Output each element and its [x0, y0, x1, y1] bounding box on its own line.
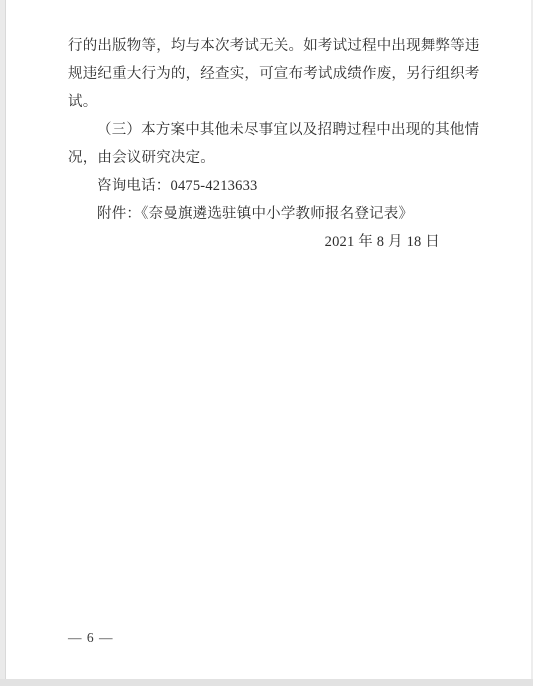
scan-edge-bottom [0, 679, 533, 686]
page-number: — 6 — [68, 628, 114, 648]
document-line: （三）本方案中其他未尽事宜以及招聘过程中出现的其他情 [68, 116, 468, 144]
document-line: 附件：《奈曼旗遴选驻镇中小学教师报名登记表》 [68, 200, 468, 228]
document-line: 况，由会议研究决定。 [68, 144, 468, 172]
document-page: 行的出版物等，均与本次考试无关。如考试过程中出现舞弊等违规违纪重大行为的，经查实… [0, 0, 533, 686]
document-body: 行的出版物等，均与本次考试无关。如考试过程中出现舞弊等违规违纪重大行为的，经查实… [68, 32, 468, 256]
document-line: 咨询电话：0475-4213633 [68, 172, 468, 200]
document-line: 试。 [68, 88, 468, 116]
document-line: 行的出版物等，均与本次考试无关。如考试过程中出现舞弊等违 [68, 32, 468, 60]
document-line: 规违纪重大行为的，经查实，可宣布考试成绩作废，另行组织考 [68, 60, 468, 88]
scan-edge-left [0, 0, 6, 686]
document-line: 2021 年 8 月 18 日 [68, 228, 468, 256]
